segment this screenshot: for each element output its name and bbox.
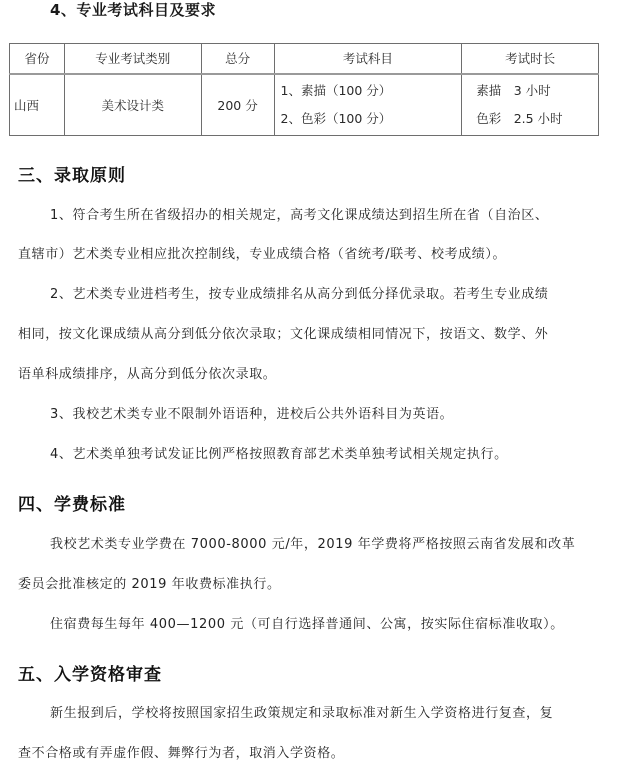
paragraph-line: 我校艺术类专业学费在 7000-8000 元/年，2019 年学费将严格按照云南… bbox=[50, 535, 575, 555]
duration-line: 素描 3 小时 bbox=[476, 80, 598, 102]
paragraph-line: 新生报到后，学校将按照国家招生政策规定和录取标准对新生入学资格进行复查，复 bbox=[50, 704, 553, 724]
cell-total: 200 分 bbox=[201, 74, 274, 136]
header-total: 总分 bbox=[201, 44, 274, 74]
paragraph-line: 委员会批准核定的 2019 年收费标准执行。 bbox=[18, 575, 281, 595]
paragraph-line: 直辖市）艺术类专业相应批次控制线，专业成绩合格（省统考/联考、校考成绩）。 bbox=[18, 245, 506, 265]
subject-line: 2、色彩（100 分） bbox=[281, 108, 462, 130]
section-title-enrollment-review: 五、入学资格审查 bbox=[18, 664, 162, 686]
header-province: 省份 bbox=[10, 44, 65, 74]
header-duration: 考试时长 bbox=[462, 44, 599, 74]
paragraph-line: 1、符合考生所在省级招办的相关规定，高考文化课成绩达到招生所在省（自治区、 bbox=[50, 206, 548, 226]
paragraph-line: 3、我校艺术类专业不限制外语语种，进校后公共外语科目为英语。 bbox=[50, 405, 453, 425]
header-subjects: 考试科目 bbox=[274, 44, 462, 74]
table-header-row: 省份 专业考试类别 总分 考试科目 考试时长 bbox=[10, 44, 599, 74]
paragraph-line: 语单科成绩排序，从高分到低分依次录取。 bbox=[18, 365, 276, 385]
paragraph-line: 住宿费每生每年 400—1200 元（可自行选择普通间、公寓，按实际住宿标准收取… bbox=[50, 615, 564, 635]
cell-subjects: 1、素描（100 分） 2、色彩（100 分） bbox=[274, 74, 462, 136]
subject-line: 1、素描（100 分） bbox=[281, 80, 462, 102]
exam-requirements-table: 省份 专业考试类别 总分 考试科目 考试时长 山西 美术设计类 200 分 1、… bbox=[9, 43, 599, 136]
paragraph-line: 相同，按文化课成绩从高分到低分依次录取；文化课成绩相同情况下，按语文、数学、外 bbox=[18, 325, 548, 345]
paragraph-line: 2、艺术类专业进档考生，按专业成绩排名从高分到低分择优录取。若考生专业成绩 bbox=[50, 285, 548, 305]
cell-province: 山西 bbox=[10, 74, 65, 136]
duration-line: 色彩 2.5 小时 bbox=[476, 108, 598, 130]
section-title-tuition: 四、学费标准 bbox=[18, 494, 126, 516]
cell-category: 美术设计类 bbox=[64, 74, 201, 136]
cell-durations: 素描 3 小时 色彩 2.5 小时 bbox=[462, 74, 599, 136]
subheading-exam-requirements: 4、专业考试科目及要求 bbox=[50, 0, 216, 20]
table-row: 山西 美术设计类 200 分 1、素描（100 分） 2、色彩（100 分） 素… bbox=[10, 74, 599, 136]
paragraph-line: 查不合格或有弄虚作假、舞弊行为者，取消入学资格。 bbox=[18, 744, 344, 764]
paragraph-line: 4、艺术类单独考试发证比例严格按照教育部艺术类单独考试相关规定执行。 bbox=[50, 445, 508, 465]
section-title-admission-principles: 三、录取原则 bbox=[18, 165, 126, 187]
header-category: 专业考试类别 bbox=[64, 44, 201, 74]
